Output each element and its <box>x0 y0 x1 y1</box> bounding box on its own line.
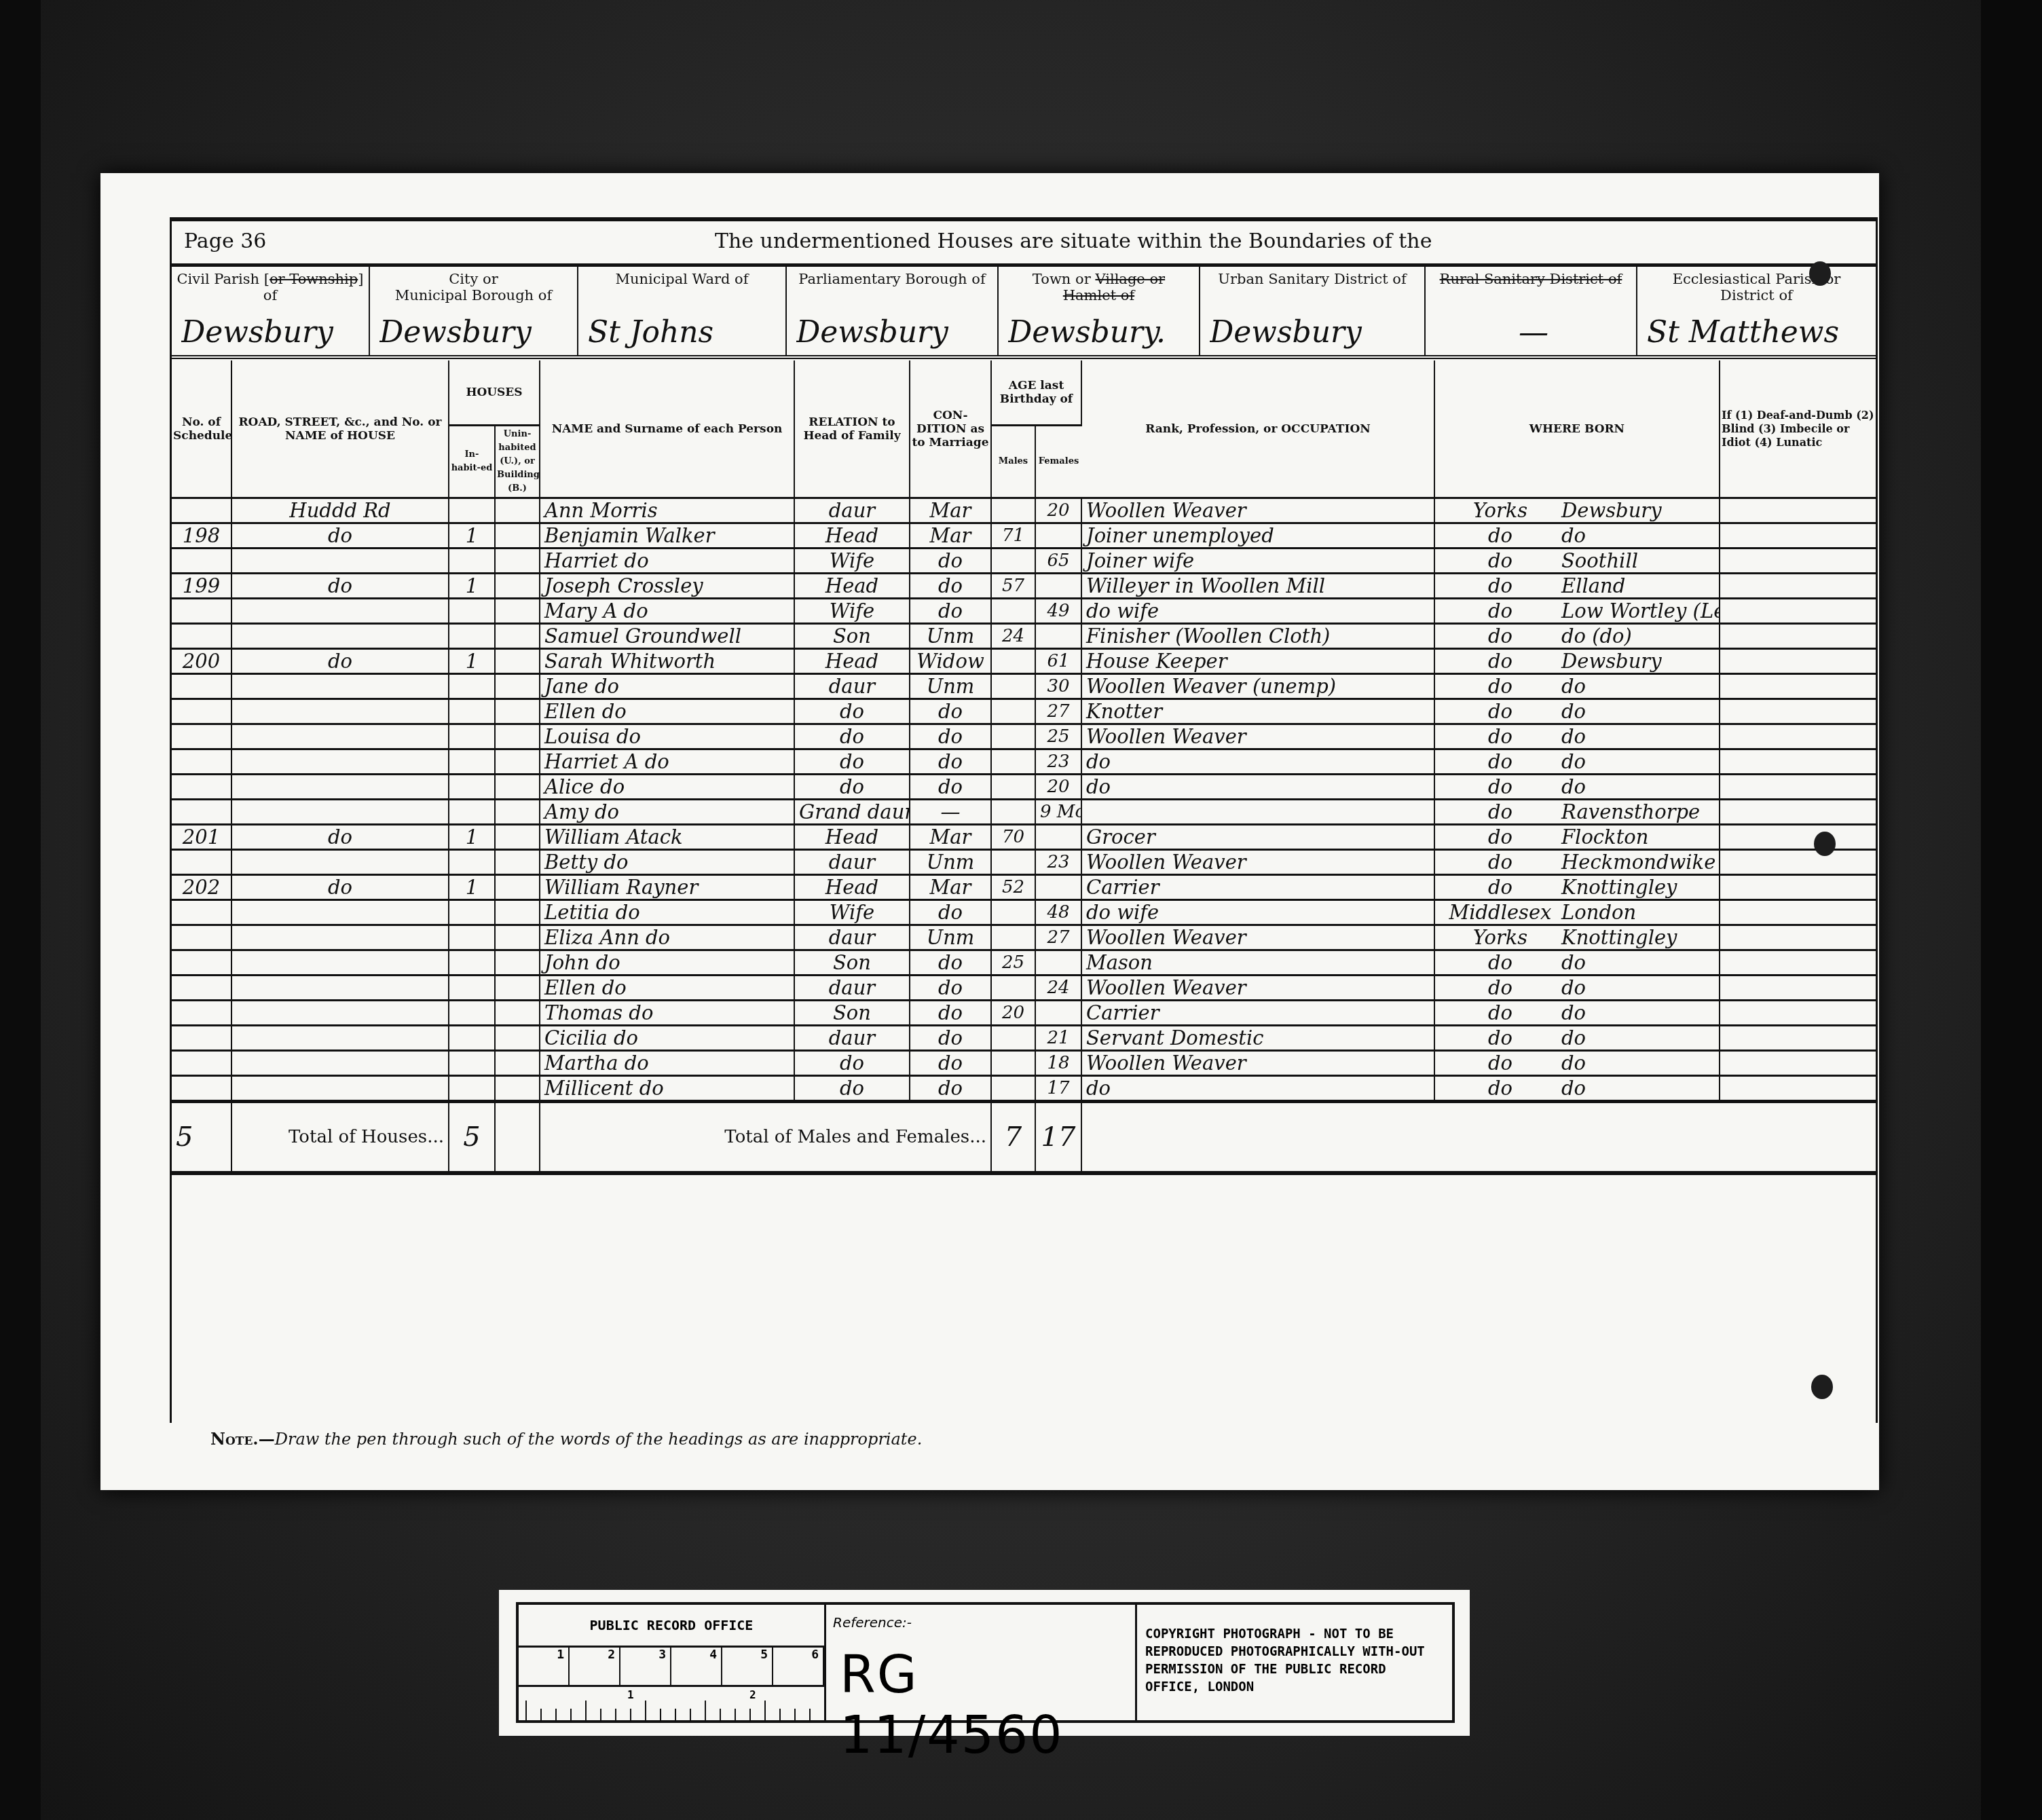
uninhabited-cell <box>495 1051 540 1076</box>
uninhabited-cell <box>495 775 540 800</box>
road-cell <box>231 699 449 724</box>
occupation-cell: do <box>1081 1076 1434 1102</box>
infirmity-cell <box>1720 800 1876 825</box>
occupation-cell: House Keeper <box>1081 649 1434 674</box>
condition-cell: Unm <box>910 624 991 649</box>
born-county: Yorks <box>1439 499 1561 522</box>
header-schedule: No. of Schedule <box>172 360 231 498</box>
total-females: 17 <box>1035 1102 1081 1174</box>
table-row: Thomas doSondo20Carrierdodo <box>172 1001 1876 1026</box>
female-age-cell: 24 <box>1035 976 1081 1001</box>
road-cell: do <box>231 825 449 850</box>
born-county: do <box>1439 700 1561 723</box>
born-county: do <box>1439 1077 1561 1100</box>
infirmity-cell <box>1720 649 1876 674</box>
relation-cell: daur <box>794 925 910 950</box>
born-place: do <box>1561 1052 1586 1075</box>
name-cell: Cicilia do <box>540 1026 794 1051</box>
condition-cell: do <box>910 549 991 574</box>
male-age-cell <box>991 749 1035 775</box>
uninhabited-cell <box>495 875 540 900</box>
uninhabited-cell <box>495 800 540 825</box>
female-age-cell <box>1035 624 1081 649</box>
table-row: Martha dododo18Woollen Weaverdodo <box>172 1051 1876 1076</box>
name-cell: William Atack <box>540 825 794 850</box>
uninhabited-cell <box>495 850 540 875</box>
schedule-cell <box>172 1076 231 1102</box>
male-age-cell <box>991 900 1035 925</box>
film-edge-left <box>0 0 41 1820</box>
total-uninhabited <box>495 1102 540 1174</box>
header-occupation: Rank, Profession, or OCCUPATION <box>1081 360 1434 498</box>
table-row: Alice dododo20dododo <box>172 775 1876 800</box>
male-age-cell <box>991 724 1035 749</box>
table-body: Huddd RdAnn MorrisdaurMar20Woollen Weave… <box>172 498 1876 1102</box>
infirmity-cell <box>1720 523 1876 549</box>
road-cell: do <box>231 523 449 549</box>
schedule-cell <box>172 674 231 699</box>
where-born-cell: dodo <box>1434 1001 1720 1026</box>
condition-cell: Widow <box>910 649 991 674</box>
occupation-cell: Carrier <box>1081 875 1434 900</box>
female-age-cell <box>1035 574 1081 599</box>
schedule-cell <box>172 1001 231 1026</box>
born-place: Dewsbury <box>1561 499 1662 522</box>
inhabited-cell <box>449 950 495 976</box>
relation-cell: Head <box>794 875 910 900</box>
relation-cell: daur <box>794 976 910 1001</box>
born-place: do <box>1561 1026 1586 1050</box>
relation-cell: Grand daur <box>794 800 910 825</box>
where-born-cell: dodo <box>1434 950 1720 976</box>
road-cell: do <box>231 875 449 900</box>
condition-cell: Mar <box>910 498 991 523</box>
where-born-cell: dodo <box>1434 775 1720 800</box>
where-born-cell: dodo <box>1434 1076 1720 1102</box>
female-age-cell: 21 <box>1035 1026 1081 1051</box>
infirmity-cell <box>1720 1001 1876 1026</box>
uninhabited-cell <box>495 624 540 649</box>
note-prefix: Note.— <box>210 1429 275 1449</box>
film-edge-right <box>1981 0 2042 1820</box>
inhabited-cell <box>449 599 495 624</box>
occupation-cell: do wife <box>1081 900 1434 925</box>
condition-cell: do <box>910 775 991 800</box>
born-county: do <box>1439 825 1561 849</box>
relation-cell: do <box>794 699 910 724</box>
where-born-cell: YorksDewsbury <box>1434 498 1720 523</box>
area-town: Town or Village orHamlet of Dewsbury. <box>999 267 1200 355</box>
female-age-cell: 27 <box>1035 925 1081 950</box>
road-cell: do <box>231 649 449 674</box>
total-males: 7 <box>991 1102 1035 1174</box>
born-county: Yorks <box>1439 926 1561 949</box>
female-age-cell <box>1035 1001 1081 1026</box>
occupation-cell: Woollen Weaver (unemp) <box>1081 674 1434 699</box>
uninhabited-cell <box>495 749 540 775</box>
name-cell: Martha do <box>540 1051 794 1076</box>
form-header: Page 36 The undermentioned Houses are si… <box>172 221 1876 262</box>
male-age-cell <box>991 775 1035 800</box>
condition-cell: Mar <box>910 825 991 850</box>
uninhabited-cell <box>495 976 540 1001</box>
census-form: Page 36 The undermentioned Houses are si… <box>170 217 1878 1423</box>
schedule-cell <box>172 800 231 825</box>
name-cell: Thomas do <box>540 1001 794 1026</box>
infirmity-cell <box>1720 775 1876 800</box>
inhabited-cell <box>449 800 495 825</box>
inhabited-cell <box>449 775 495 800</box>
area-value: Dewsbury <box>181 315 365 350</box>
inhabited-cell <box>449 724 495 749</box>
inhabited-cell: 1 <box>449 523 495 549</box>
table-header-row: No. of Schedule ROAD, STREET, &c., and N… <box>172 360 1876 426</box>
road-cell: do <box>231 574 449 599</box>
born-county: do <box>1439 750 1561 773</box>
scale-tick <box>809 1709 811 1721</box>
condition-cell: do <box>910 1026 991 1051</box>
scale-tick-label: 4 <box>671 1648 722 1685</box>
totals-row: 5 Total of Houses... 5 Total of Males an… <box>172 1102 1876 1174</box>
scale-tick <box>690 1709 691 1721</box>
infirmity-cell <box>1720 1076 1876 1102</box>
boundaries-heading: The undermentioned Houses are situate wi… <box>715 229 1432 253</box>
female-age-cell: 20 <box>1035 775 1081 800</box>
female-age-cell: 9 Mo <box>1035 800 1081 825</box>
where-born-cell: doKnottingley <box>1434 875 1720 900</box>
total-schedules: 5 <box>172 1102 231 1174</box>
table-row: 200do1Sarah WhitworthHeadWidow61House Ke… <box>172 649 1876 674</box>
condition-cell: Mar <box>910 875 991 900</box>
header-where-born: WHERE BORN <box>1434 360 1720 498</box>
born-place: Flockton <box>1561 825 1648 849</box>
condition-cell: do <box>910 599 991 624</box>
uninhabited-cell <box>495 549 540 574</box>
scale-tick <box>615 1709 616 1721</box>
relation-cell: daur <box>794 674 910 699</box>
scale-tick-label: 1 <box>627 1688 634 1701</box>
female-age-cell: 30 <box>1035 674 1081 699</box>
name-cell: Benjamin Walker <box>540 523 794 549</box>
area-civil-parish: Civil Parish [or Township] of Dewsbury <box>172 267 370 355</box>
occupation-cell: Woollen Weaver <box>1081 925 1434 950</box>
relation-cell: daur <box>794 850 910 875</box>
area-rural-sanitary: Rural Sanitary District of — <box>1426 267 1637 355</box>
inhabited-cell <box>449 498 495 523</box>
schedule-cell <box>172 950 231 976</box>
name-cell: Mary A do <box>540 599 794 624</box>
road-cell <box>231 1001 449 1026</box>
born-county: do <box>1439 574 1561 597</box>
schedule-cell <box>172 850 231 875</box>
relation-cell: Son <box>794 950 910 976</box>
scale-tick <box>705 1701 706 1721</box>
scale-tick <box>570 1709 572 1721</box>
occupation-cell: Joiner unemployed <box>1081 523 1434 549</box>
infirmity-cell <box>1720 950 1876 976</box>
table-row: Louisa dododo25Woollen Weaverdodo <box>172 724 1876 749</box>
road-cell: Huddd Rd <box>231 498 449 523</box>
where-born-cell: doHeckmondwike <box>1434 850 1720 875</box>
occupation-cell: do <box>1081 749 1434 775</box>
schedule-cell <box>172 775 231 800</box>
condition-cell: Unm <box>910 674 991 699</box>
male-age-cell: 25 <box>991 950 1035 976</box>
male-age-cell <box>991 549 1035 574</box>
table-row: 202do1William RaynerHeadMar52CarrierdoKn… <box>172 875 1876 900</box>
condition-cell: do <box>910 1001 991 1026</box>
condition-cell: do <box>910 900 991 925</box>
female-age-cell: 65 <box>1035 549 1081 574</box>
name-cell: Louisa do <box>540 724 794 749</box>
uninhabited-cell <box>495 649 540 674</box>
scale-tick-label: 1 <box>519 1648 570 1685</box>
where-born-cell: dodo <box>1434 699 1720 724</box>
inhabited-cell: 1 <box>449 649 495 674</box>
scale-tick <box>540 1709 542 1721</box>
header-infirmity: If (1) Deaf-and-Dumb (2) Blind (3) Imbec… <box>1720 360 1876 498</box>
born-place: Elland <box>1561 574 1625 597</box>
schedule-cell <box>172 498 231 523</box>
born-place: do <box>1561 750 1586 773</box>
inhabited-cell <box>449 1026 495 1051</box>
condition-cell: Mar <box>910 523 991 549</box>
relation-cell: daur <box>794 498 910 523</box>
female-age-cell: 25 <box>1035 724 1081 749</box>
road-cell <box>231 674 449 699</box>
name-cell: Samuel Groundwell <box>540 624 794 649</box>
condition-cell: do <box>910 574 991 599</box>
relation-cell: do <box>794 1051 910 1076</box>
scale-tick <box>555 1709 557 1721</box>
where-born-cell: dodo <box>1434 1051 1720 1076</box>
relation-cell: do <box>794 1076 910 1102</box>
table-row: Cicilia dodaurdo21Servant Domesticdodo <box>172 1026 1876 1051</box>
born-place: do <box>1561 775 1586 798</box>
relation-cell: Son <box>794 1001 910 1026</box>
schedule-cell <box>172 724 231 749</box>
table-row: Harriet A dododo23dododo <box>172 749 1876 775</box>
note-text: Draw the pen through such of the words o… <box>275 1430 923 1449</box>
scale-tick <box>764 1701 766 1721</box>
uninhabited-cell <box>495 1001 540 1026</box>
where-born-cell: dodo <box>1434 1026 1720 1051</box>
inhabited-cell <box>449 900 495 925</box>
name-cell: Joseph Crossley <box>540 574 794 599</box>
header-uninhabited: Unin-habited (U.), or Building (B.) <box>495 426 540 498</box>
inhabited-cell <box>449 624 495 649</box>
name-cell: Betty do <box>540 850 794 875</box>
road-cell <box>231 800 449 825</box>
name-cell: Sarah Whitworth <box>540 649 794 674</box>
scale-tick <box>585 1701 587 1721</box>
born-county: do <box>1439 549 1561 572</box>
occupation-cell: do wife <box>1081 599 1434 624</box>
infirmity-cell <box>1720 875 1876 900</box>
name-cell: Harriet do <box>540 549 794 574</box>
area-label: Municipal Ward of <box>578 271 785 287</box>
born-county: do <box>1439 650 1561 673</box>
inhabited-cell: 1 <box>449 574 495 599</box>
road-cell <box>231 549 449 574</box>
name-cell: Letitia do <box>540 900 794 925</box>
schedule-cell <box>172 624 231 649</box>
occupation-cell: Woollen Weaver <box>1081 976 1434 1001</box>
occupation-cell: Woollen Weaver <box>1081 498 1434 523</box>
schedule-cell: 202 <box>172 875 231 900</box>
occupation-cell: Servant Domestic <box>1081 1026 1434 1051</box>
relation-cell: Son <box>794 624 910 649</box>
header-males: Males <box>991 426 1035 498</box>
male-age-cell <box>991 699 1035 724</box>
area-municipal-ward: Municipal Ward of St Johns <box>578 267 787 355</box>
male-age-cell <box>991 599 1035 624</box>
occupation-cell: Woollen Weaver <box>1081 1051 1434 1076</box>
born-place: do <box>1561 700 1586 723</box>
male-age-cell <box>991 1051 1035 1076</box>
condition-cell: do <box>910 950 991 976</box>
condition-cell: do <box>910 1076 991 1102</box>
infirmity-cell <box>1720 976 1876 1001</box>
header-inhabited: In-habit-ed <box>449 426 495 498</box>
born-place: Heckmondwike <box>1561 851 1715 874</box>
uninhabited-cell <box>495 1076 540 1102</box>
area-value: Dewsbury <box>1210 315 1420 350</box>
area-value: Dewsbury. <box>1008 315 1195 350</box>
female-age-cell: 23 <box>1035 749 1081 775</box>
born-place: Dewsbury <box>1561 650 1662 673</box>
inhabited-cell <box>449 1051 495 1076</box>
born-place: do <box>1561 524 1586 547</box>
male-age-cell: 71 <box>991 523 1035 549</box>
born-place: Knottingley <box>1561 926 1677 949</box>
office-name: PUBLIC RECORD OFFICE <box>519 1605 824 1648</box>
condition-cell: do <box>910 1051 991 1076</box>
total-houses-value: 5 <box>449 1102 495 1174</box>
female-age-cell: 18 <box>1035 1051 1081 1076</box>
male-age-cell: 70 <box>991 825 1035 850</box>
table-row: Harriet doWifedo65Joiner wifedoSoothill <box>172 549 1876 574</box>
inhabited-cell: 1 <box>449 875 495 900</box>
relation-cell: Wife <box>794 599 910 624</box>
area-value: St Johns <box>588 315 781 350</box>
totals-blank <box>1081 1102 1876 1174</box>
infirmity-cell <box>1720 574 1876 599</box>
relation-cell: do <box>794 775 910 800</box>
table-row: Millicent dododo17dododo <box>172 1076 1876 1102</box>
name-cell: William Rayner <box>540 875 794 900</box>
schedule-cell <box>172 549 231 574</box>
born-place: do <box>1561 976 1586 999</box>
born-place: Ravensthorpe <box>1561 800 1700 823</box>
born-place: do <box>1561 1077 1586 1100</box>
schedule-cell <box>172 1026 231 1051</box>
infirmity-cell <box>1720 724 1876 749</box>
infirmity-cell <box>1720 749 1876 775</box>
table-row: Jane dodaurUnm30Woollen Weaver (unemp)do… <box>172 674 1876 699</box>
scale-tick <box>630 1709 631 1721</box>
occupation-cell: Willeyer in Woollen Mill <box>1081 574 1434 599</box>
header-houses: HOUSES <box>449 360 540 426</box>
condition-cell: do <box>910 976 991 1001</box>
table-row: Mary A doWifedo49do wifedoLow Wortley (L… <box>172 599 1876 624</box>
schedule-cell: 201 <box>172 825 231 850</box>
male-age-cell <box>991 925 1035 950</box>
scale-tick <box>794 1709 796 1721</box>
header-condition: CON-DITION as to Marriage <box>910 360 991 498</box>
born-place: Knottingley <box>1561 876 1677 899</box>
area-label: Urban Sanitary District of <box>1200 271 1424 287</box>
born-county: do <box>1439 876 1561 899</box>
relation-cell: do <box>794 724 910 749</box>
inhabited-cell <box>449 1076 495 1102</box>
uninhabited-cell <box>495 950 540 976</box>
inhabited-cell <box>449 549 495 574</box>
table-row: Ellen dodaurdo24Woollen Weaverdodo <box>172 976 1876 1001</box>
scale-tick <box>749 1709 751 1721</box>
infirmity-cell <box>1720 599 1876 624</box>
page-number: Page 36 <box>184 229 266 253</box>
occupation-cell: Grocer <box>1081 825 1434 850</box>
uninhabited-cell <box>495 574 540 599</box>
occupation-cell: Woollen Weaver <box>1081 850 1434 875</box>
uninhabited-cell <box>495 925 540 950</box>
male-age-cell <box>991 1026 1035 1051</box>
table-row: 199do1Joseph CrossleyHeaddo57Willeyer in… <box>172 574 1876 599</box>
table-row: Ellen dododo27Knotterdodo <box>172 699 1876 724</box>
reference-value: RG 11/4560 <box>840 1644 1135 1765</box>
road-cell <box>231 850 449 875</box>
table-row: 201do1William AtackHeadMar70GrocerdoFloc… <box>172 825 1876 850</box>
scale-tick <box>645 1701 646 1721</box>
schedule-cell <box>172 925 231 950</box>
male-age-cell: 24 <box>991 624 1035 649</box>
scale-tick-label: 5 <box>722 1648 773 1685</box>
road-cell <box>231 900 449 925</box>
punch-hole <box>1809 261 1831 286</box>
scale-tick-label: 2 <box>570 1648 620 1685</box>
born-county: do <box>1439 625 1561 648</box>
born-county: do <box>1439 524 1561 547</box>
table-row: Betty dodaurUnm23Woollen WeaverdoHeckmon… <box>172 850 1876 875</box>
infirmity-cell <box>1720 624 1876 649</box>
born-county: do <box>1439 775 1561 798</box>
table-row: Letitia doWifedo48do wifeMiddlesexLondon <box>172 900 1876 925</box>
name-cell: Amy do <box>540 800 794 825</box>
born-county: do <box>1439 1052 1561 1075</box>
reference-panel: Reference:- RG 11/4560 <box>826 1605 1137 1720</box>
where-born-cell: YorksKnottingley <box>1434 925 1720 950</box>
born-county: do <box>1439 800 1561 823</box>
male-age-cell <box>991 850 1035 875</box>
occupation-cell: Finisher (Woollen Cloth) <box>1081 624 1434 649</box>
condition-cell: — <box>910 800 991 825</box>
where-born-cell: dodo (do) <box>1434 624 1720 649</box>
name-cell: Ellen do <box>540 699 794 724</box>
condition-cell: Unm <box>910 850 991 875</box>
inhabited-cell <box>449 749 495 775</box>
inhabited-cell: 1 <box>449 825 495 850</box>
schedule-cell: 198 <box>172 523 231 549</box>
area-value: Dewsbury <box>796 315 993 350</box>
occupation-cell: Mason <box>1081 950 1434 976</box>
scale-tick <box>525 1701 527 1721</box>
road-cell <box>231 1076 449 1102</box>
female-age-cell <box>1035 523 1081 549</box>
schedule-cell <box>172 1051 231 1076</box>
scale-tick-label: 3 <box>620 1648 671 1685</box>
area-label: City orMunicipal Borough of <box>370 271 577 303</box>
